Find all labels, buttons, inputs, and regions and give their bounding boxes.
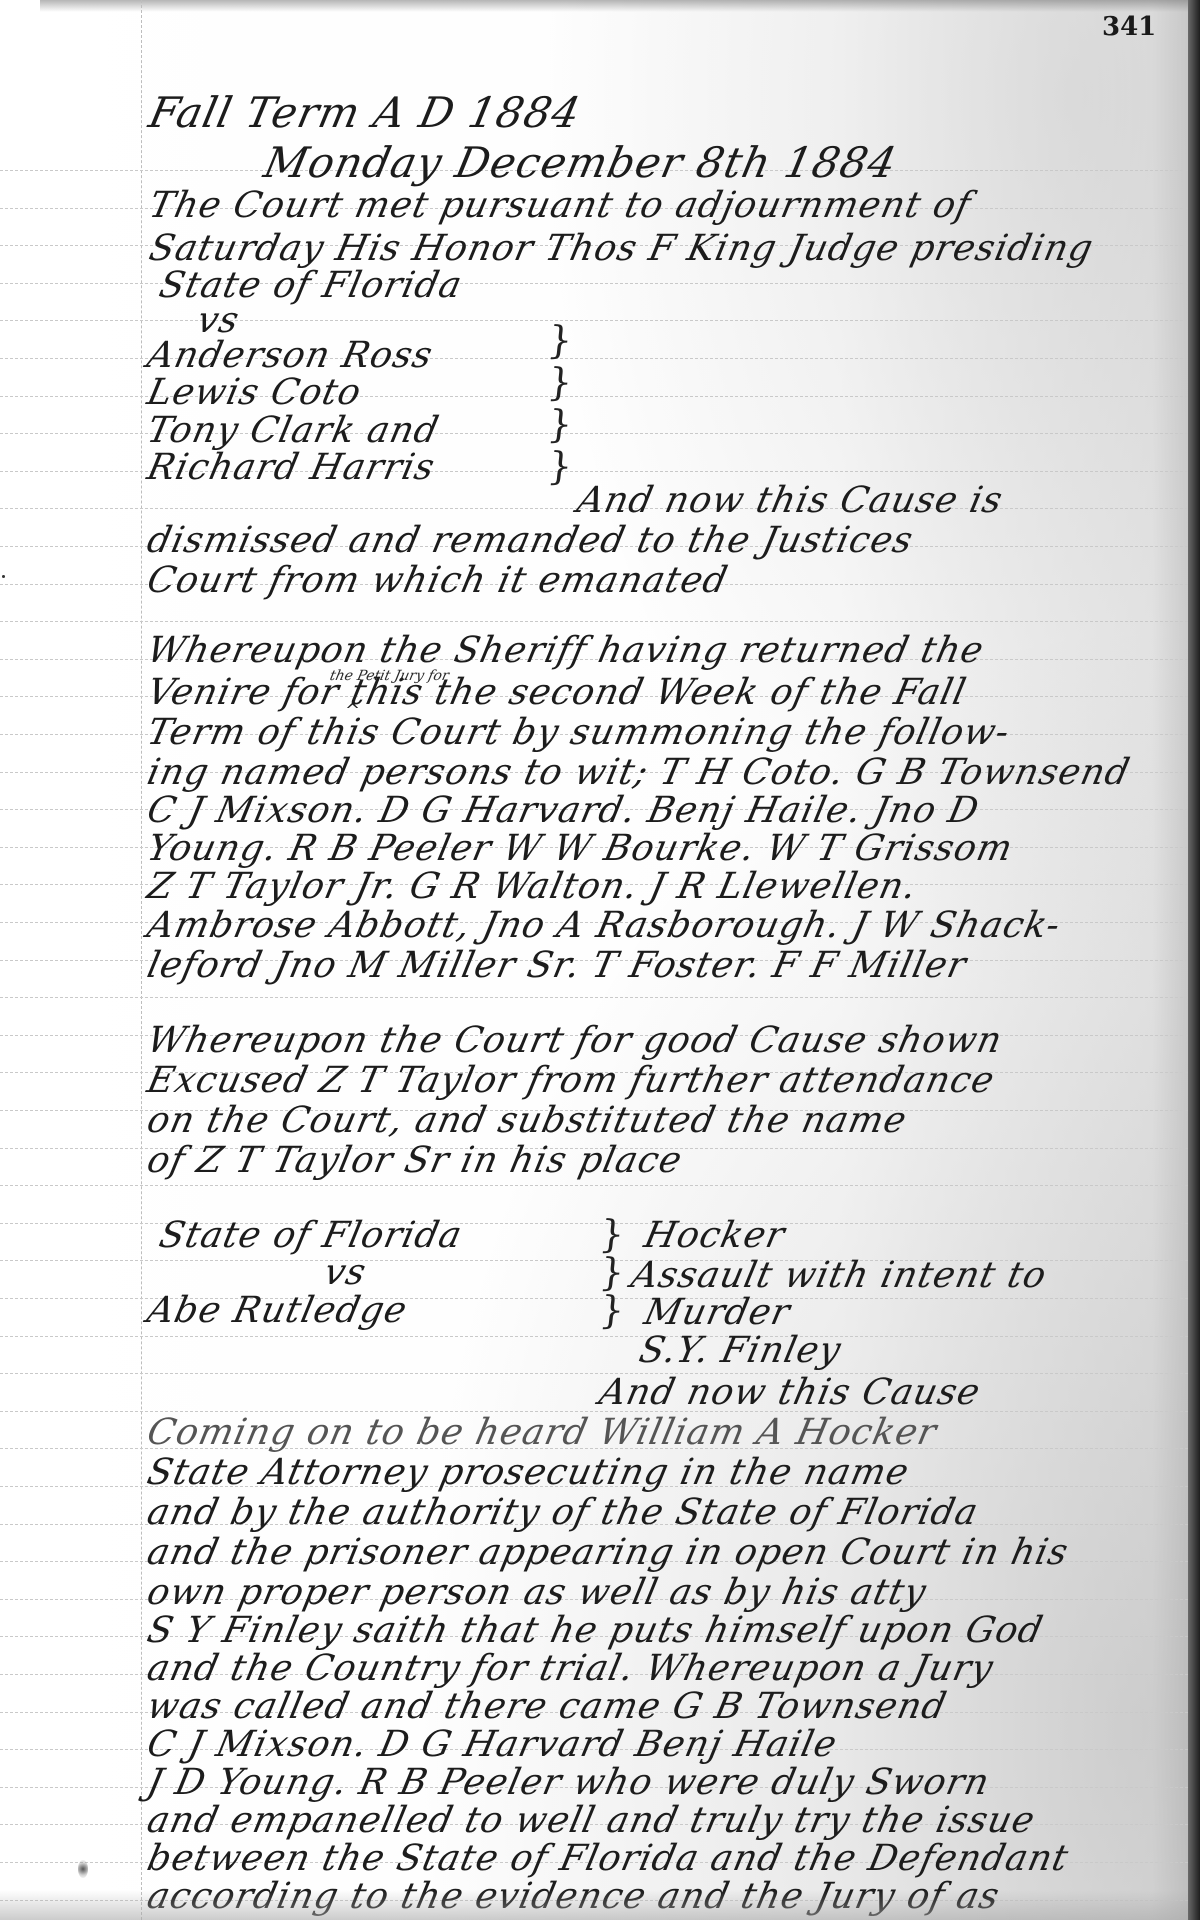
- case1-ruling-1: And now this Cause is: [574, 480, 1007, 521]
- case1-ruling-2: dismissed and remanded to the Justices: [144, 520, 917, 561]
- case2-note-attorney: Hocker: [641, 1215, 789, 1256]
- case2-brace-3: }: [598, 1288, 627, 1332]
- case2-line-3: State Attorney prosecuting in the name: [144, 1452, 913, 1493]
- case1-brace-4: }: [546, 444, 575, 488]
- venire-line-5: C J Mixson. D G Harvard. Benj Haile. Jno…: [144, 790, 983, 831]
- excusal-line-1: Whereupon the Court for good Cause shown: [144, 1020, 1006, 1061]
- venire-line-9: leford Jno M Miller Sr. T Foster. F F Mi…: [144, 945, 971, 986]
- page-top-shadow: [40, 0, 1190, 12]
- case2-line-11: J D Young. R B Peeler who were duly Swor…: [144, 1762, 994, 1803]
- case1-defendant-2: Lewis Coto: [144, 372, 366, 413]
- case2-note-defense: S.Y. Finley: [636, 1330, 845, 1371]
- case2-line-6: own proper person as well as by his atty: [144, 1572, 931, 1613]
- case1-defendant-4: Richard Harris: [144, 447, 439, 488]
- venire-line-1: Whereupon the Sheriff having returned th…: [144, 630, 988, 671]
- case1-defendant-1: Anderson Ross: [144, 335, 437, 376]
- case2-line-10: C J Mixson. D G Harvard Benj Haile: [144, 1724, 841, 1765]
- book-binding-edge: [1188, 0, 1200, 1920]
- venire-line-8: Ambrose Abbott, Jno A Rasborough. J W Sh…: [144, 905, 1065, 946]
- ruled-line: [0, 621, 1188, 622]
- excusal-line-3: on the Court, and substituted the name: [144, 1100, 911, 1141]
- case1-brace-3: }: [546, 402, 575, 446]
- case2-line-9: was called and there came G B Townsend: [144, 1686, 951, 1727]
- excusal-line-4: of Z T Taylor Sr in his place: [144, 1140, 686, 1181]
- case2-defendant: Abe Rutledge: [144, 1290, 411, 1331]
- venire-line-3: Term of this Court by summoning the foll…: [144, 712, 1014, 753]
- ledger-page: 341 Fall Term A D 1884 Monday December 8…: [0, 0, 1200, 1920]
- case1-ruling-3: Court from which it emanated: [144, 560, 732, 601]
- case1-brace-1: }: [546, 318, 575, 362]
- date-heading: Monday December 8th 1884: [260, 138, 902, 187]
- term-heading: Fall Term A D 1884: [145, 88, 585, 137]
- case2-line-4: and by the authority of the State of Flo…: [144, 1492, 983, 1533]
- opening-line-1: The Court met pursuant to adjournment of: [146, 185, 975, 226]
- case2-line-2: Coming on to be heard William A Hocker: [144, 1412, 941, 1453]
- ruled-line: [0, 1373, 1188, 1374]
- case2-line-7: S Y Finley saith that he puts himself up…: [144, 1610, 1047, 1651]
- case2-line-1: And now this Cause: [596, 1372, 985, 1413]
- opening-line-2: Saturday His Honor Thos F King Judge pre…: [146, 228, 1097, 269]
- case2-versus: vs: [321, 1252, 371, 1293]
- ink-dot: [2, 575, 5, 578]
- case2-line-8: and the Country for trial. Whereupon a J…: [144, 1648, 998, 1689]
- venire-line-2: Venire for this the second Week of the F…: [144, 672, 971, 713]
- venire-line-4: ing named persons to wit; T H Coto. G B …: [144, 752, 1134, 793]
- case2-note-charge-2: Murder: [641, 1292, 795, 1333]
- case1-defendant-3: Tony Clark and: [144, 410, 443, 451]
- ruled-line: [0, 1185, 1188, 1186]
- case2-note-charge-1: Assault with intent to: [628, 1255, 1051, 1296]
- page-number: 341: [1102, 12, 1156, 42]
- case2-line-5: and the prisoner appearing in open Court…: [144, 1532, 1073, 1573]
- ruled-line: [0, 997, 1188, 998]
- ruled-line: [0, 1336, 1188, 1337]
- venire-line-7: Z T Taylor Jr. G R Walton. J R Llewellen…: [144, 866, 921, 907]
- ruled-line: [0, 320, 1188, 321]
- case2-plaintiff: State of Florida: [156, 1215, 466, 1256]
- excusal-line-2: Excused Z T Taylor from further attendan…: [144, 1060, 999, 1101]
- case1-brace-2: }: [546, 360, 575, 404]
- venire-line-6: Young. R B Peeler W W Bourke. W T Grisso…: [144, 828, 1017, 869]
- case2-line-13: between the State of Florida and the Def…: [144, 1838, 1073, 1879]
- ink-smudge: [78, 1860, 88, 1878]
- page-bottom-shade: [0, 1890, 1200, 1920]
- case2-line-12: and empanelled to well and truly try the…: [144, 1800, 1039, 1841]
